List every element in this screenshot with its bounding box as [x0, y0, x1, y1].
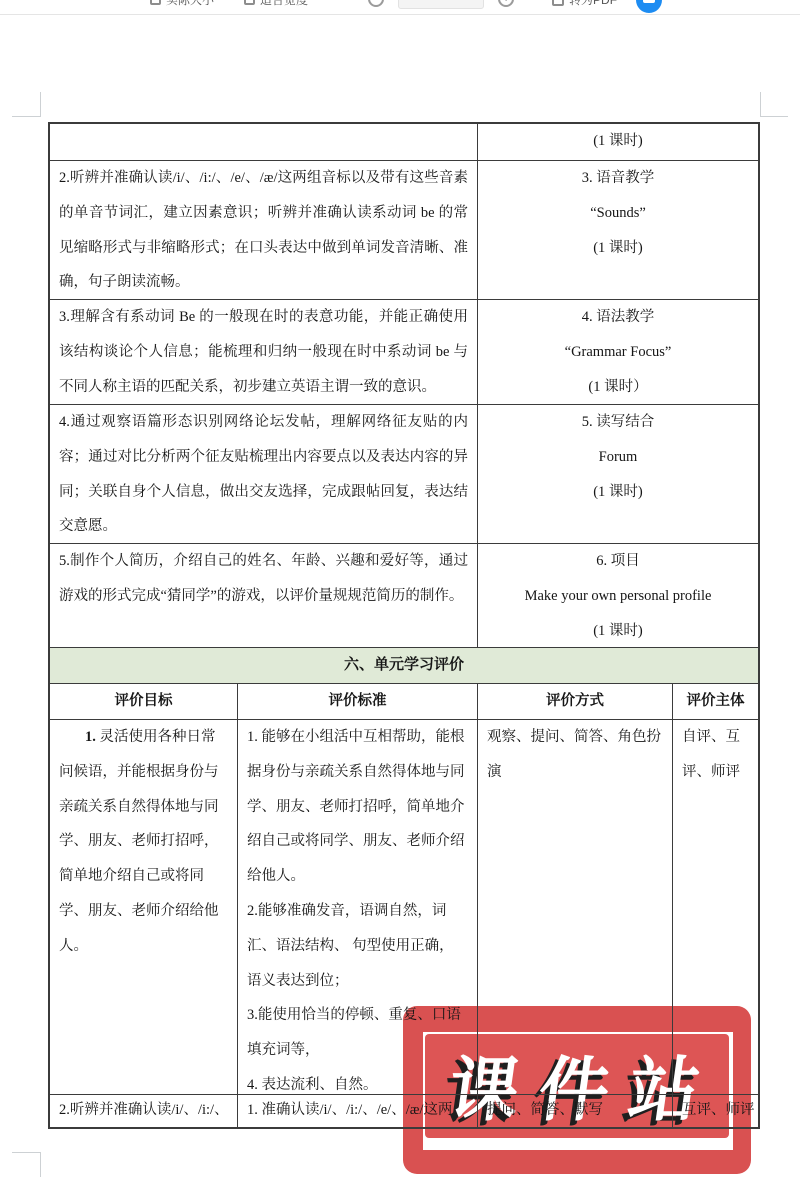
lesson-line: (1 课时）: [482, 370, 754, 404]
actual-size-label: 实际大小: [166, 0, 214, 8]
lesson-cell: 3. 语音教学 “Sounds” (1 课时): [477, 161, 758, 299]
margin-crop-mark-bottom-left: [12, 1152, 40, 1153]
checkbox-icon: [150, 0, 161, 5]
lesson-line: (1 课时): [482, 124, 754, 159]
eval-row: 1. 灵活使用各种日常问候语，并能根据身份与亲疏关系自然得体地与同学、朋友、老师…: [50, 719, 758, 1094]
table-row: (1 课时): [50, 124, 758, 160]
lesson-line: 5. 读写结合: [482, 405, 754, 440]
lesson-line: (1 课时): [482, 475, 754, 510]
lesson-line: 3. 语音教学: [482, 161, 754, 196]
convert-to-pdf-button[interactable]: 转为PDF: [552, 0, 617, 8]
eval-header-subject: 评价主体: [672, 684, 758, 719]
margin-crop-mark-top-left: [40, 92, 41, 117]
margin-crop-mark-top-right: [760, 116, 788, 117]
actual-size-toggle[interactable]: 实际大小: [150, 0, 214, 8]
zoom-level-display: [398, 0, 484, 9]
convert-to-pdf-label: 转为PDF: [569, 0, 617, 8]
lesson-cell: (1 课时): [477, 124, 758, 160]
lesson-line: “Sounds”: [482, 196, 754, 231]
lesson-line: (1 课时): [482, 231, 754, 266]
goal-text: 灵活使用各种日常问候语，并能根据身份与亲疏关系自然得体地与同学、朋友、老师打招呼…: [59, 729, 219, 954]
eval-standard-cell: 1. 能够在小组活中互相帮助，能根据身份与亲疏关系自然得体地与同学、朋友、老师打…: [237, 720, 477, 1094]
fit-width-label: 适合宽度: [260, 0, 308, 8]
eval-header-method: 评价方式: [477, 684, 672, 719]
standard-item: 1. 能够在小组活中互相帮助，能根据身份与亲疏关系自然得体地与同学、朋友、老师打…: [247, 720, 468, 894]
table-row: 5.制作个人简历，介绍自己的姓名、年龄、兴趣和爱好等，通过游戏的形式完成“猜同学…: [50, 543, 758, 647]
goal-number: 1.: [85, 729, 96, 745]
lesson-cell: 5. 读写结合 Forum (1 课时): [477, 405, 758, 543]
standard-item: 3.能使用恰当的停顿、重复、口语填充词等，: [247, 998, 468, 1068]
lesson-line: (1 课时): [482, 614, 754, 647]
eval-row: 2.听辨并准确认读/i/、/i:/、 1. 准确认读/i/、/i:/、/e/、/…: [50, 1094, 758, 1127]
document-page-table: (1 课时) 2.听辨并准确认读/i/、/i:/、/e/、/æ/这两组音标以及带…: [48, 122, 760, 1129]
objective-cell: [50, 124, 477, 160]
lesson-line: 6. 项目: [482, 544, 754, 579]
eval-method-cell: 观察、提问、简答、角色扮演: [477, 720, 672, 1094]
zoom-out-button[interactable]: −: [368, 0, 384, 7]
zoom-in-button[interactable]: +: [498, 0, 514, 7]
eval-standard-cell: 1. 准确认读/i/、/i:/、/e/、/æ/这两: [237, 1095, 477, 1127]
margin-crop-mark-bottom-left: [40, 1152, 41, 1177]
eval-subject-cell: 自评、互评、师评: [672, 720, 758, 1094]
margin-crop-mark-top-left: [12, 116, 40, 117]
eval-goal-cell: 1. 灵活使用各种日常问候语，并能根据身份与亲疏关系自然得体地与同学、朋友、老师…: [50, 720, 237, 1094]
lesson-cell: 6. 项目 Make your own personal profile (1 …: [477, 544, 758, 647]
margin-crop-mark-top-right: [760, 92, 761, 117]
objective-cell: 2.听辨并准确认读/i/、/i:/、/e/、/æ/这两组音标以及带有这些音素的单…: [50, 161, 477, 299]
objective-cell: 3.理解含有系动词 Be 的一般现在时的表意功能，并能正确使用该结构谈论个人信息…: [50, 300, 477, 404]
table-row: 3.理解含有系动词 Be 的一般现在时的表意功能，并能正确使用该结构谈论个人信息…: [50, 299, 758, 404]
table-row: 4.通过观察语篇形态识别网络论坛发帖，理解网络征友贴的内容；通过对比分析两个征友…: [50, 404, 758, 543]
eval-subject-cell: 互评、师评: [672, 1095, 758, 1127]
standard-item: 4. 表达流利、自然。: [247, 1068, 468, 1094]
lesson-line: 4. 语法教学: [482, 300, 754, 335]
table-row: 2.听辨并准确认读/i/、/i:/、/e/、/æ/这两组音标以及带有这些音素的单…: [50, 160, 758, 299]
viewer-toolbar: 实际大小 适合宽度 − + 转为PDF: [0, 0, 800, 15]
section-header-row: 六、单元学习评价: [50, 647, 758, 683]
checkbox-icon: [244, 0, 255, 5]
pdf-icon: [552, 0, 564, 6]
objective-cell: 5.制作个人简历，介绍自己的姓名、年龄、兴趣和爱好等，通过游戏的形式完成“猜同学…: [50, 544, 477, 647]
standard-item: 2.能够准确发音，语调自然，词汇、语法结构、 句型使用正确，语义表达到位；: [247, 894, 468, 998]
lesson-line: “Grammar Focus”: [482, 335, 754, 370]
eval-header-row: 评价目标 评价标准 评价方式 评价主体: [50, 683, 758, 719]
fit-width-toggle[interactable]: 适合宽度: [244, 0, 308, 8]
eval-method-cell: 提问、简答、默写: [477, 1095, 672, 1127]
lesson-line: Make your own personal profile: [482, 579, 754, 614]
lesson-cell: 4. 语法教学 “Grammar Focus” (1 课时）: [477, 300, 758, 404]
eval-header-standard: 评价标准: [237, 684, 477, 719]
eval-goal-cell: 2.听辨并准确认读/i/、/i:/、: [50, 1095, 237, 1127]
objective-cell: 4.通过观察语篇形态识别网络论坛发帖，理解网络征友贴的内容；通过对比分析两个征友…: [50, 405, 477, 543]
lesson-line: Forum: [482, 440, 754, 475]
eval-header-goal: 评价目标: [50, 684, 237, 719]
